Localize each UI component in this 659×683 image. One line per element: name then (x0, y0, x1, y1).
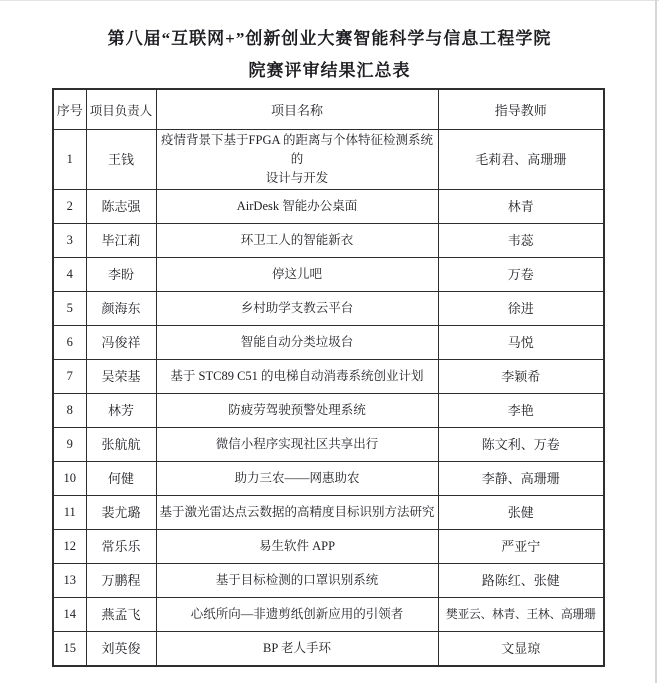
cell-serial-number: 14 (53, 598, 86, 632)
cell-advisors: 毛莉君、高珊珊 (438, 130, 604, 190)
cell-project-leader: 王钱 (86, 130, 156, 190)
table-row: 15 刘英俊 BP 老人手环 文显琼 (53, 632, 604, 667)
document-page: 第八届“互联网+”创新创业大赛智能科学与信息工程学院 院赛评审结果汇总表 序号 … (0, 0, 659, 683)
cell-serial-number: 12 (53, 530, 86, 564)
title-line-2: 院赛评审结果汇总表 (0, 55, 659, 87)
cell-advisors: 路陈红、张健 (438, 564, 604, 598)
cell-project-name: 疫情背景下基于FPGA 的距离与个体特征检测系统的 设计与开发 (156, 130, 438, 190)
results-table: 序号 项目负责人 项目名称 指导教师 1 王钱 疫情背景下基于FPGA 的距离与… (52, 88, 605, 667)
cell-project-name: 微信小程序实现社区共享出行 (156, 428, 438, 462)
cell-serial-number: 4 (53, 258, 86, 292)
cell-project-name: 基于目标检测的口罩识别系统 (156, 564, 438, 598)
table-row: 5 颜海东 乡村助学支教云平台 徐进 (53, 292, 604, 326)
cell-project-leader: 何健 (86, 462, 156, 496)
cell-advisors: 李颖希 (438, 360, 604, 394)
cell-advisors: 林青 (438, 190, 604, 224)
cell-project-name: 基于 STC89 C51 的电梯自动消毒系统创业计划 (156, 360, 438, 394)
header-cell-project: 项目名称 (156, 89, 438, 130)
cell-advisors: 徐进 (438, 292, 604, 326)
results-table-body: 1 王钱 疫情背景下基于FPGA 的距离与个体特征检测系统的 设计与开发 毛莉君… (53, 130, 604, 667)
cell-project-name: 易生软件 APP (156, 530, 438, 564)
cell-advisors: 马悦 (438, 326, 604, 360)
table-row: 2 陈志强 AirDesk 智能办公桌面 林青 (53, 190, 604, 224)
header-cell-no: 序号 (53, 89, 86, 130)
cell-serial-number: 5 (53, 292, 86, 326)
cell-serial-number: 9 (53, 428, 86, 462)
cell-serial-number: 1 (53, 130, 86, 190)
cell-project-name: 助力三农——网惠助农 (156, 462, 438, 496)
header-cell-teachers: 指导教师 (438, 89, 604, 130)
cell-project-name: 心纸所向—非遗剪纸创新应用的引领者 (156, 598, 438, 632)
cell-project-leader: 燕孟飞 (86, 598, 156, 632)
cell-project-leader: 冯俊祥 (86, 326, 156, 360)
page-title: 第八届“互联网+”创新创业大赛智能科学与信息工程学院 院赛评审结果汇总表 (0, 0, 659, 87)
cell-advisors: 万卷 (438, 258, 604, 292)
cell-project-leader: 张航航 (86, 428, 156, 462)
cell-project-leader: 林芳 (86, 394, 156, 428)
cell-serial-number: 10 (53, 462, 86, 496)
table-row: 8 林芳 防疲劳驾驶预警处理系统 李艳 (53, 394, 604, 428)
cell-serial-number: 15 (53, 632, 86, 667)
cell-advisors: 韦蕊 (438, 224, 604, 258)
cell-project-name: BP 老人手环 (156, 632, 438, 667)
cell-project-leader: 万鹏程 (86, 564, 156, 598)
cell-project-leader: 颜海东 (86, 292, 156, 326)
table-row: 3 毕江莉 环卫工人的智能新衣 韦蕊 (53, 224, 604, 258)
cell-serial-number: 6 (53, 326, 86, 360)
cell-serial-number: 3 (53, 224, 86, 258)
cell-advisors: 陈文利、万卷 (438, 428, 604, 462)
table-row: 13 万鹏程 基于目标检测的口罩识别系统 路陈红、张健 (53, 564, 604, 598)
cell-advisors: 文显琼 (438, 632, 604, 667)
table-row: 14 燕孟飞 心纸所向—非遗剪纸创新应用的引领者 樊亚云、林青、王林、高珊珊 (53, 598, 604, 632)
table-row: 12 常乐乐 易生软件 APP 严亚宁 (53, 530, 604, 564)
cell-project-leader: 毕江莉 (86, 224, 156, 258)
table-row: 7 吴荣基 基于 STC89 C51 的电梯自动消毒系统创业计划 李颖希 (53, 360, 604, 394)
cell-project-leader: 常乐乐 (86, 530, 156, 564)
cell-project-name: 停这儿吧 (156, 258, 438, 292)
cell-serial-number: 2 (53, 190, 86, 224)
cell-advisors: 张健 (438, 496, 604, 530)
table-row: 6 冯俊祥 智能自动分类垃圾台 马悦 (53, 326, 604, 360)
cell-project-leader: 陈志强 (86, 190, 156, 224)
cell-project-name: 防疲劳驾驶预警处理系统 (156, 394, 438, 428)
title-line-1: 第八届“互联网+”创新创业大赛智能科学与信息工程学院 (0, 23, 659, 55)
table-header-row: 序号 项目负责人 项目名称 指导教师 (53, 89, 604, 130)
cell-advisors: 李艳 (438, 394, 604, 428)
cell-project-leader: 裴尤璐 (86, 496, 156, 530)
cell-advisors: 李静、高珊珊 (438, 462, 604, 496)
cell-project-name: 乡村助学支教云平台 (156, 292, 438, 326)
cell-project-leader: 刘英俊 (86, 632, 156, 667)
cell-project-leader: 李盼 (86, 258, 156, 292)
cell-advisors: 严亚宁 (438, 530, 604, 564)
header-cell-leader: 项目负责人 (86, 89, 156, 130)
cell-project-name: 基于激光雷达点云数据的高精度目标识别方法研究 (156, 496, 438, 530)
cell-serial-number: 8 (53, 394, 86, 428)
cell-advisors: 樊亚云、林青、王林、高珊珊 (438, 598, 604, 632)
table-row: 10 何健 助力三农——网惠助农 李静、高珊珊 (53, 462, 604, 496)
table-row: 11 裴尤璐 基于激光雷达点云数据的高精度目标识别方法研究 张健 (53, 496, 604, 530)
cell-serial-number: 13 (53, 564, 86, 598)
table-row: 1 王钱 疫情背景下基于FPGA 的距离与个体特征检测系统的 设计与开发 毛莉君… (53, 130, 604, 190)
cell-project-name: AirDesk 智能办公桌面 (156, 190, 438, 224)
table-row: 9 张航航 微信小程序实现社区共享出行 陈文利、万卷 (53, 428, 604, 462)
cell-serial-number: 7 (53, 360, 86, 394)
page-right-edge-line (655, 0, 657, 683)
cell-serial-number: 11 (53, 496, 86, 530)
cell-project-leader: 吴荣基 (86, 360, 156, 394)
cell-project-name: 环卫工人的智能新衣 (156, 224, 438, 258)
table-row: 4 李盼 停这儿吧 万卷 (53, 258, 604, 292)
page-top-edge-line (0, 0, 659, 1)
cell-project-name: 智能自动分类垃圾台 (156, 326, 438, 360)
